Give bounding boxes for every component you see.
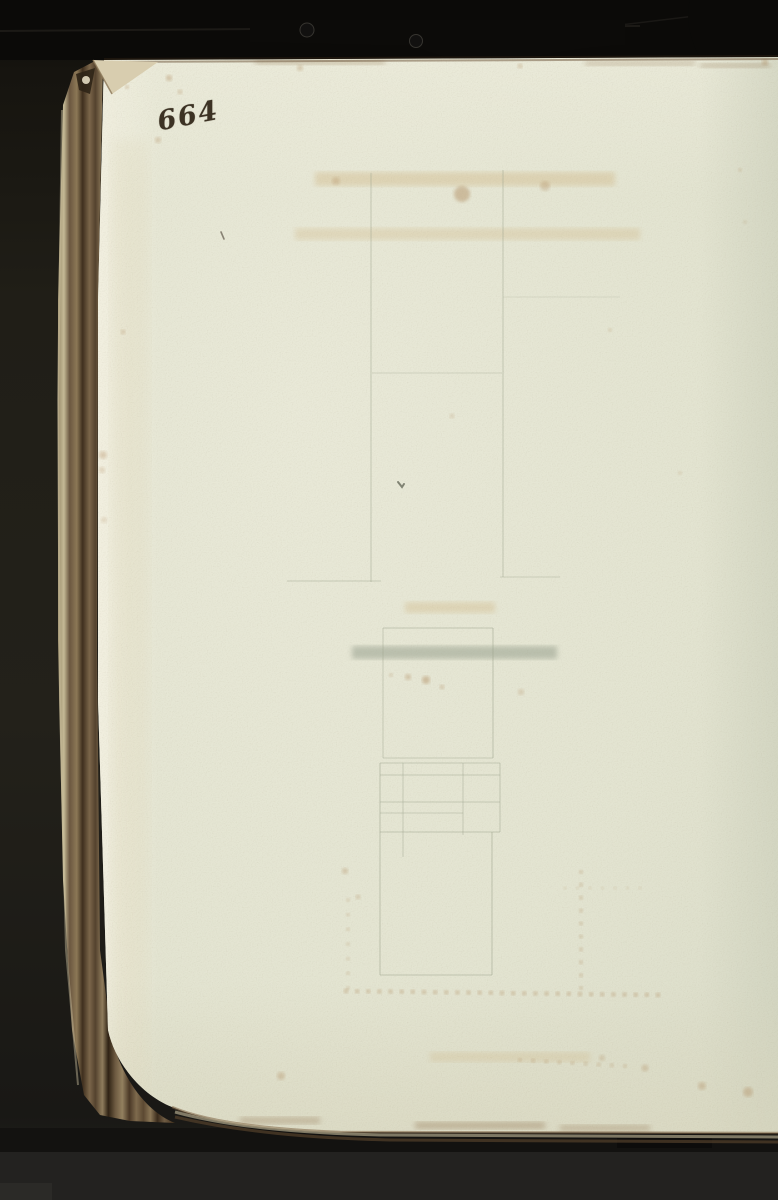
paper-grain	[90, 50, 778, 1150]
corner-highlight	[82, 76, 90, 84]
book-photograph	[0, 0, 778, 1200]
book-clamp-corner	[688, 0, 778, 58]
manuscript-photo-stage: 664	[0, 0, 778, 1200]
clamp-screw-hole	[410, 35, 423, 48]
clamp-screw-hole	[300, 23, 314, 37]
backdrop-bottom-corner	[0, 1183, 52, 1200]
page-surface-detail	[90, 2, 778, 1150]
backdrop-bottom-band	[0, 1152, 778, 1200]
